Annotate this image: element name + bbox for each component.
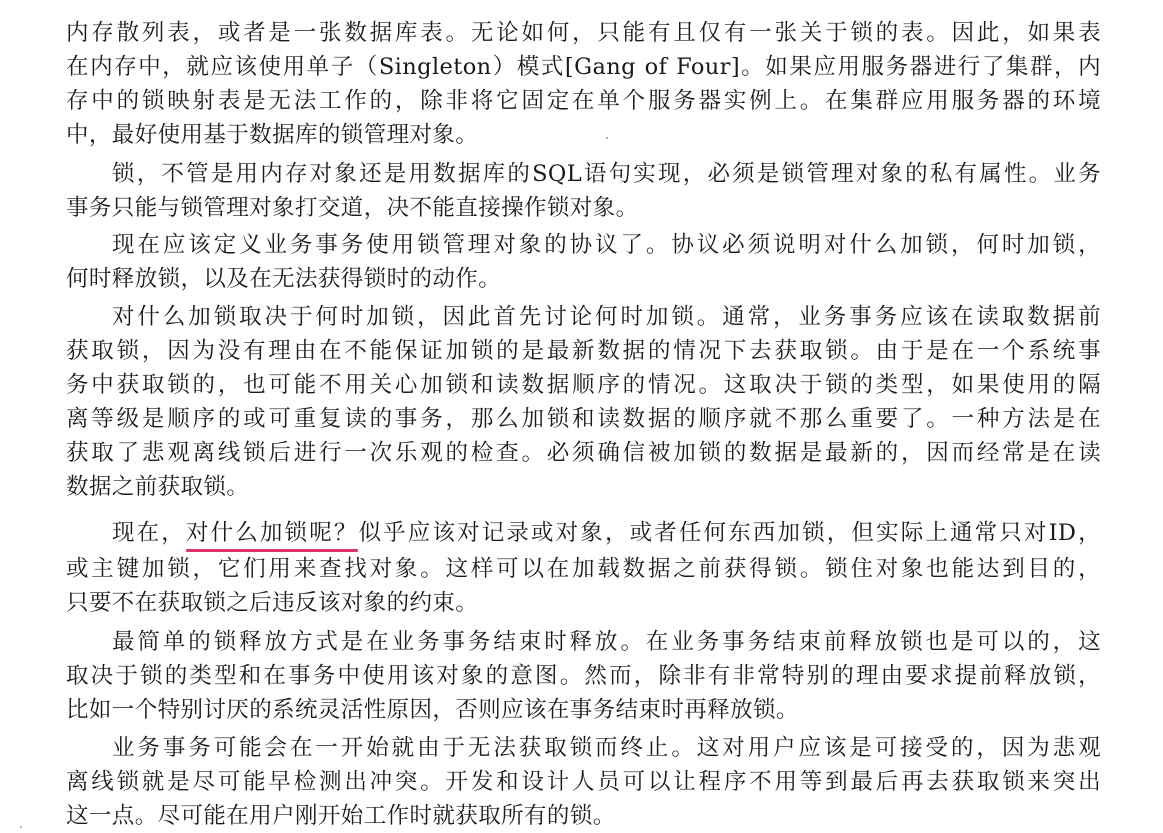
paragraph-start-line: 最简单的锁释放方式是在业务事务结束时释放。在业务事务结束前释放锁也是可以的，这 xyxy=(112,625,1101,659)
document-page: 内存散列表，或者是一张数据库表。无论如何，只能有且仅有一张关于锁的表。因此，如果… xyxy=(0,0,1163,833)
text-segment: 似乎应该对记录或对象，或者任何东西加锁，但实际上通常只对ID， xyxy=(358,520,1101,546)
paragraph-start-line: 现在，对什么加锁呢？似乎应该对记录或对象，或者任何东西加锁，但实际上通常只对ID… xyxy=(112,516,1101,550)
text-segment: 现在， xyxy=(112,520,186,546)
text-line: 比如一个特别讨厌的系统灵活性原因，否则应该在事务结束时再释放锁。 xyxy=(66,693,1101,727)
scan-speck xyxy=(20,826,22,828)
text-line: 取决于锁的类型和在事务中使用该对象的意图。然而，除非有非常特别的理由要求提前释放… xyxy=(66,659,1101,693)
text-line: 事务只能与锁管理对象打交道，决不能直接操作锁对象。 xyxy=(66,191,1101,225)
paragraph-start-line: 锁，不管是用内存对象还是用数据库的SQL语句实现，必须是锁管理对象的私有属性。业… xyxy=(112,157,1101,191)
text-line: 只要不在获取锁之后违反该对象的约束。 xyxy=(66,586,1101,620)
highlighted-phrase: 对什么加锁呢？ xyxy=(186,520,359,546)
text-line: 这一点。尽可能在用户刚开始工作时就获取所有的锁。 xyxy=(66,799,1101,833)
paragraph-start-line: 业务事务可能会在一开始就由于无法获取锁而终止。这对用户应该是可接受的，因为悲观 xyxy=(112,731,1101,765)
paragraph-start-line: 对什么加锁取决于何时加锁，因此首先讨论何时加锁。通常，业务事务应该在读取数据前 xyxy=(112,300,1101,334)
scan-speck xyxy=(606,137,608,139)
text-line: 中，最好使用基于数据库的锁管理对象。 xyxy=(66,118,1101,152)
text-line: 存中的锁映射表是无法工作的，除非将它固定在单个服务器实例上。在集群应用服务器的环… xyxy=(66,84,1101,118)
text-line: 获取锁，因为没有理由在不能保证加锁的是最新数据的情况下去获取锁。由于是在一个系统… xyxy=(66,334,1101,368)
text-line: 离等级是顺序的或可重复读的事务，那么加锁和读数据的顺序就不那么重要了。一种方法是… xyxy=(66,402,1101,436)
text-line: 务中获取锁的，也可能不用关心加锁和读数据顺序的情况。这取决于锁的类型，如果使用的… xyxy=(66,368,1101,402)
text-line: 获取了悲观离线锁后进行一次乐观的检查。必须确信被加锁的数据是最新的，因而经常是在… xyxy=(66,436,1101,470)
text-line: 或主键加锁，它们用来查找对象。这样可以在加载数据之前获得锁。锁住对象也能达到目的… xyxy=(66,552,1101,586)
text-line: 何时释放锁，以及在无法获得锁时的动作。 xyxy=(66,262,1101,296)
text-line: 内存散列表，或者是一张数据库表。无论如何，只能有且仅有一张关于锁的表。因此，如果… xyxy=(66,16,1101,50)
text-line: 数据之前获取锁。 xyxy=(66,470,1101,504)
text-line: 离线锁就是尽可能早检测出冲突。开发和设计人员可以让程序不用等到最后再去获取锁来突… xyxy=(66,765,1101,799)
paragraph-start-line: 现在应该定义业务事务使用锁管理对象的协议了。协议必须说明对什么加锁，何时加锁， xyxy=(112,228,1101,262)
text-line: 在内存中，就应该使用单子（Singleton）模式[Gang of Four]。… xyxy=(66,50,1101,84)
